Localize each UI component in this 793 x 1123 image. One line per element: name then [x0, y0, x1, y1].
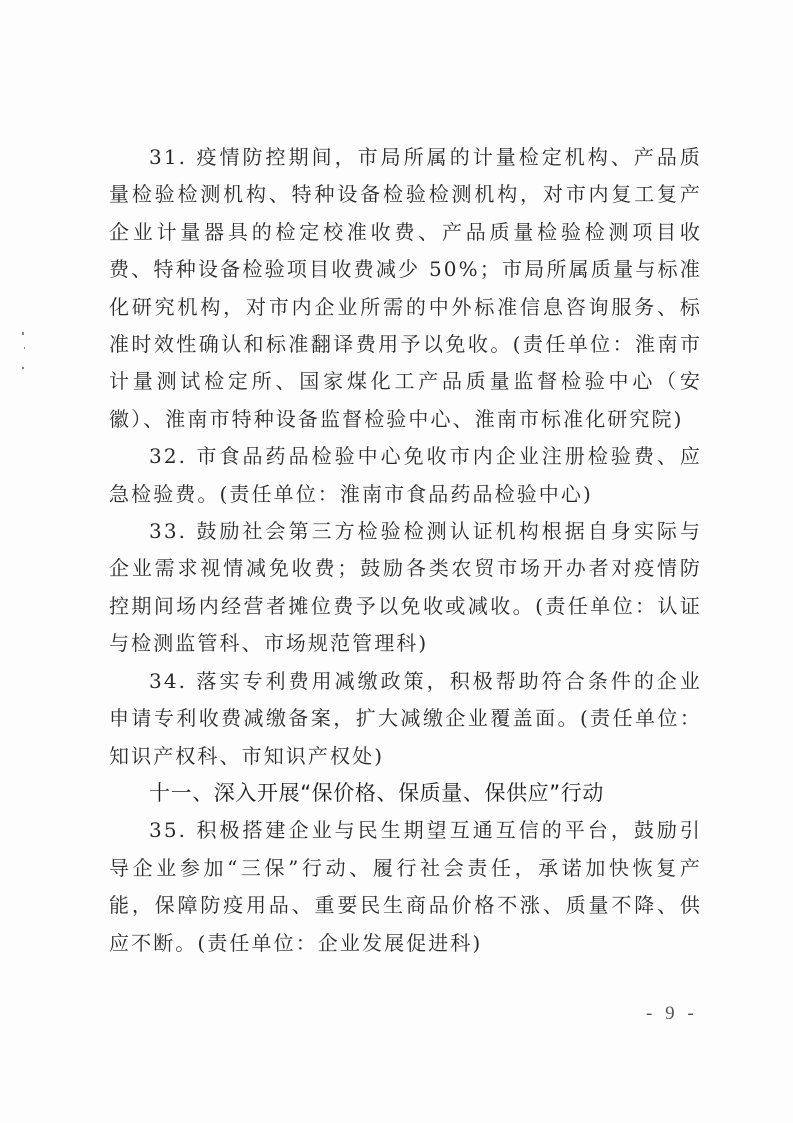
- paragraph-32: 32. 市食品药品检验中心免收市内企业注册检验费、应急检验费。(责任单位：淮南市…: [109, 438, 702, 513]
- paragraph-31: 31. 疫情防控期间，市局所属的计量检定机构、产品质量检验检测机构、特种设备检验…: [109, 139, 702, 438]
- section-heading: 十一、深入开展“保价格、保质量、保供应”行动: [109, 775, 702, 812]
- scan-mark: [24, 347, 25, 349]
- scan-mark: [22, 332, 24, 335]
- paragraph-35: 35. 积极搭建企业与民生期望互通互信的平台，鼓励引导企业参加“三保”行动、履行…: [109, 812, 702, 962]
- paragraph-34: 34. 落实专利费用减缴政策，积极帮助符合条件的企业申请专利收费减缴备案，扩大减…: [109, 663, 702, 775]
- document-page: 31. 疫情防控期间，市局所属的计量检定机构、产品质量检验检测机构、特种设备检验…: [0, 0, 793, 1123]
- scan-mark: [22, 367, 24, 369]
- document-body: 31. 疫情防控期间，市局所属的计量检定机构、产品质量检验检测机构、特种设备检验…: [109, 139, 702, 962]
- paragraph-33: 33. 鼓励社会第三方检验检测认证机构根据自身实际与企业需求视情减免收费；鼓励各…: [109, 513, 702, 663]
- page-number: - 9 -: [646, 1003, 698, 1025]
